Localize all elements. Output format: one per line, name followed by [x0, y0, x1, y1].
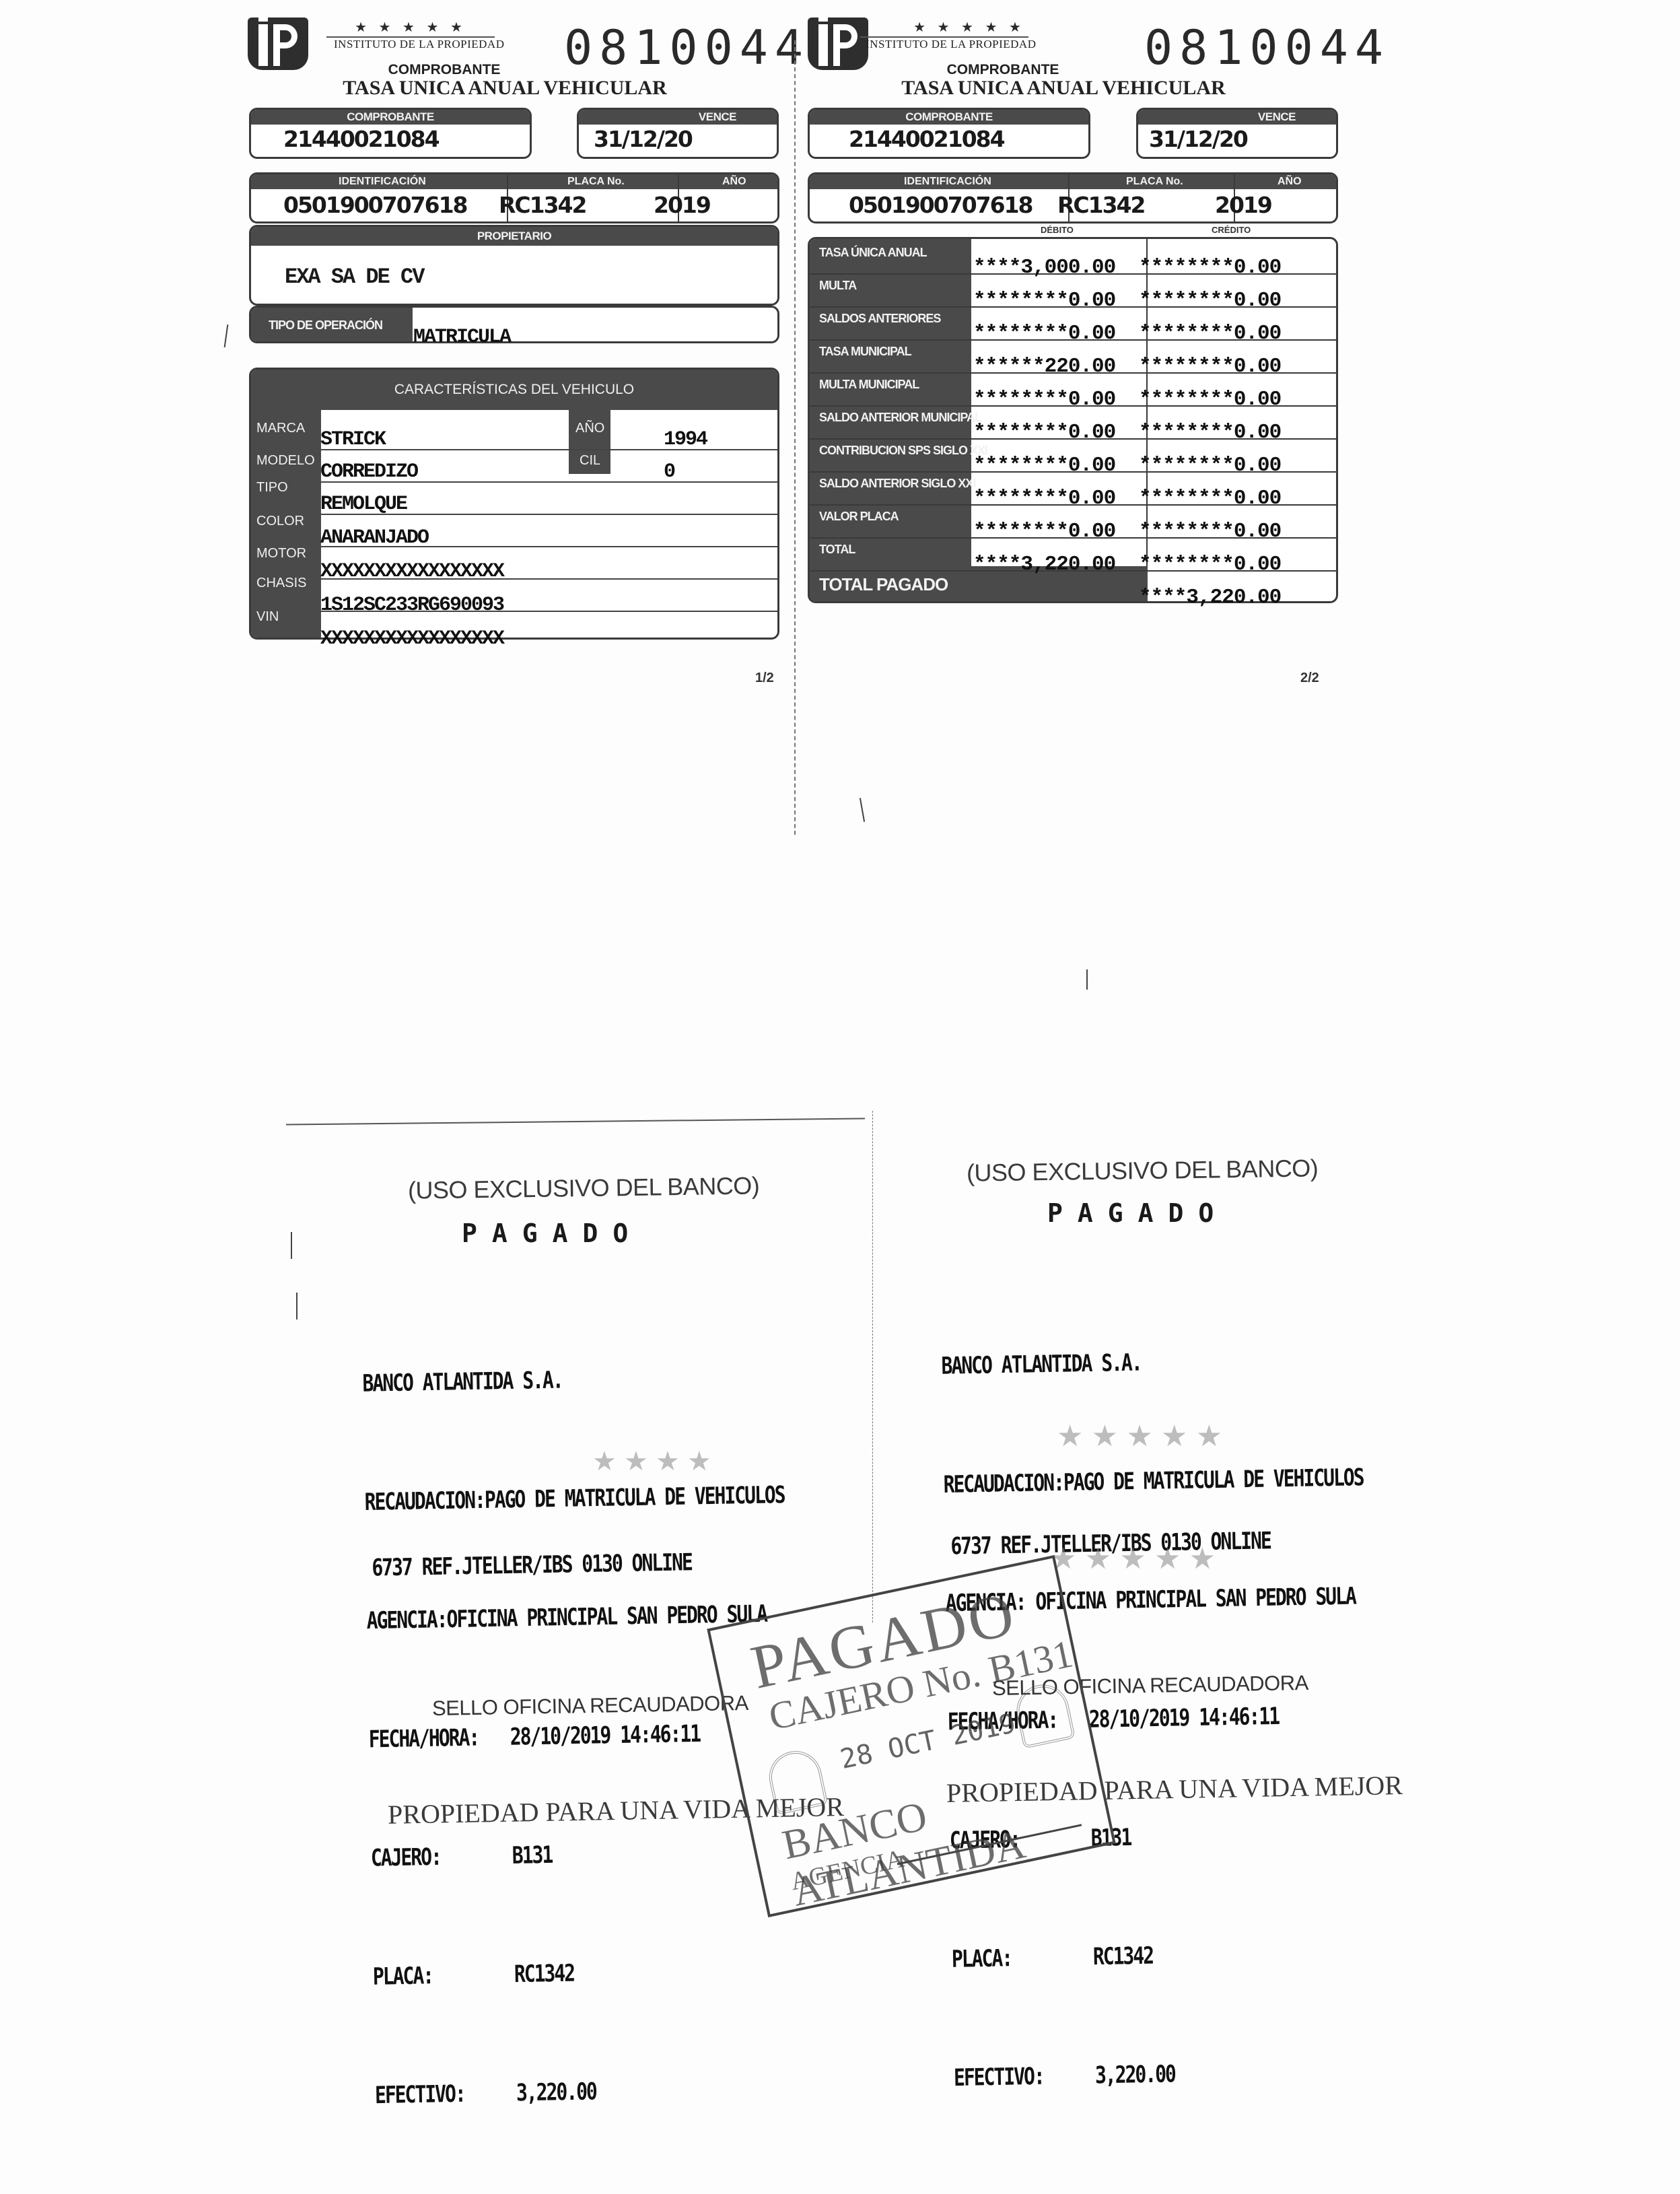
charge-label: MULTA MUNICIPAL [819, 378, 919, 392]
debit-amount: ********0.00 [973, 388, 1115, 411]
debit-amount: ********0.00 [973, 520, 1115, 543]
credit-amount: ********0.00 [1139, 454, 1281, 477]
identificacion-label: IDENTIFICACIÓN [904, 174, 991, 189]
vehicle-marca-value: STRICK [320, 428, 385, 451]
institution-name: INSTITUTO DE LA PROPIEDAD [334, 38, 505, 51]
ip-logo-icon [248, 18, 308, 70]
credito-header: CRÉDITO [1212, 225, 1251, 235]
debit-amount: ********0.00 [973, 322, 1115, 345]
vehicle-label: MODELO [256, 453, 315, 469]
propietario-label: PROPIETARIO [251, 227, 777, 246]
reference-line: 6737 REF.JTELLER/IBS 0130 ONLINE [372, 1548, 692, 1582]
comprobante-value: 21440021084 [849, 126, 1004, 152]
vehicle-modelo-value: CORREDIZO [320, 460, 417, 483]
identificacion-row: IDENTIFICACIÓN PLACA No. AÑO 05019007076… [808, 172, 1338, 224]
identificacion-value: 0501900707618 [849, 192, 1032, 218]
vehicle-color-value: ANARANJADO [320, 526, 428, 549]
identificacion-value: 0501900707618 [283, 192, 467, 218]
placa-label: PLACA: [951, 1937, 1093, 1979]
debit-amount: ****3,000.00 [973, 256, 1115, 279]
charge-label: CONTRIBUCION SPS SIGLO XXI [819, 444, 987, 458]
credit-amount: ********0.00 [1139, 289, 1281, 312]
paid-status: PAGADO [462, 1219, 643, 1248]
credit-amount: ********0.00 [1139, 520, 1281, 543]
scan-mark [296, 1293, 297, 1319]
charge-label: TOTAL [819, 543, 855, 557]
comprobante-field: COMPROBANTE 21440021084 [808, 108, 1090, 159]
propietario-field: PROPIETARIO EXA SA DE CV [249, 225, 779, 306]
vence-field: VENCE 31/12/20 [1136, 108, 1338, 159]
vehicle-label: VIN [256, 609, 279, 625]
anio-label: AÑO [1277, 174, 1302, 189]
placa-label: PLACA No. [567, 174, 625, 189]
tipo-operacion-value: MATRICULA [413, 326, 510, 349]
scan-mark [224, 324, 229, 347]
total-pagado-label: TOTAL PAGADO [819, 574, 948, 595]
charge-label: VALOR PLACA [819, 510, 899, 524]
scan-mark [860, 798, 865, 822]
vence-value: 31/12/20 [1149, 126, 1247, 152]
scan-mark [291, 1232, 292, 1259]
vehicle-tipo-value: REMOLQUE [320, 493, 407, 516]
page-number: 1/2 [755, 671, 774, 686]
bank-name: BANCO ATLANTIDA S.A. [362, 1357, 783, 1404]
charge-label: SALDOS ANTERIORES [819, 312, 940, 326]
bank-name: BANCO ATLANTIDA S.A. [941, 1339, 1362, 1386]
document-title: TASA UNICA ANUAL VEHICULAR [855, 77, 1272, 100]
charge-label: TASA MUNICIPAL [819, 345, 911, 359]
placa-label: PLACA: [372, 1954, 514, 1996]
stars-icon: ★ ★ ★ ★ ★ [882, 19, 1057, 36]
fecha-label: FECHA/HORA: [368, 1717, 510, 1758]
anio-value: 2019 [654, 192, 710, 218]
comprobante-label: COMPROBANTE [251, 110, 530, 125]
divider-line [286, 1118, 865, 1125]
vehicle-label: MOTOR [256, 546, 306, 561]
recaudacion: RECAUDACION:PAGO DE MATRICULA DE VEHICUL… [364, 1475, 785, 1522]
vence-field: VENCE 31/12/20 [577, 108, 779, 159]
placa-value: RC1342 [1057, 192, 1144, 218]
vehicle-label: TIPO [256, 480, 288, 495]
tipo-operacion-field: TIPO DE OPERACIÓN [249, 306, 779, 343]
vehicle-cil-value: 0 [664, 460, 674, 483]
vehicle-vin-value: XXXXXXXXXXXXXXXXX [320, 627, 503, 650]
vence-value: 31/12/20 [594, 126, 692, 152]
vehicle-anio-value: 1994 [664, 428, 707, 451]
vehicle-motor-value: XXXXXXXXXXXXXXXXX [320, 560, 503, 583]
debito-header: DÉBITO [1041, 225, 1074, 235]
total-pagado-value: ****3,220.00 [1139, 586, 1281, 609]
placa-label: PLACA No. [1126, 174, 1183, 189]
placa-value: RC1342 [499, 192, 586, 218]
credit-amount: ********0.00 [1139, 421, 1281, 444]
charge-label: TASA ÚNICA ANUAL [819, 246, 927, 260]
debit-amount: ****3,220.00 [973, 553, 1115, 576]
seal-icon [765, 1746, 829, 1815]
identificacion-label: IDENTIFICACIÓN [339, 174, 426, 189]
vehicle-label: COLOR [256, 514, 304, 529]
seal-icon [1012, 1680, 1076, 1748]
serial-number: 0810044 [1144, 20, 1390, 75]
star-watermark-icon: ★ ★ ★ ★ [592, 1446, 711, 1477]
star-watermark-icon: ★ ★ ★ ★ ★ [1057, 1419, 1222, 1453]
placa-value: RC1342 [1092, 1935, 1153, 1976]
charge-label: MULTA [819, 279, 856, 293]
identificacion-row: IDENTIFICACIÓN PLACA No. AÑO 05019007076… [249, 172, 779, 224]
credit-amount: ********0.00 [1139, 355, 1281, 378]
vehicle-label: MARCA [256, 421, 305, 436]
vehicle-label: CHASIS [256, 576, 306, 591]
page-number: 2/2 [1300, 671, 1319, 686]
vehicle-characteristics-title: CARACTERÍSTICAS DEL VEHICULO [251, 370, 777, 410]
debit-amount: ********0.00 [973, 454, 1115, 477]
vence-label: VENCE [579, 110, 777, 125]
credit-amount: ********0.00 [1139, 487, 1281, 510]
fecha-value: 28/10/2019 14:46:11 [1088, 1696, 1279, 1740]
efectivo-value: 3,220.00 [1094, 2054, 1175, 2095]
efectivo-label: EFECTIVO: [375, 2073, 517, 2115]
propietario-value: EXA SA DE CV [285, 265, 423, 289]
ip-logo-icon [808, 18, 868, 70]
star-watermark-icon: ★ ★ ★ ★ ★ [1050, 1542, 1216, 1576]
scan-mark [1086, 969, 1088, 990]
charge-label: SALDO ANTERIOR MUNICIPAL [819, 411, 981, 425]
stars-icon: ★ ★ ★ ★ ★ [323, 19, 498, 36]
comprobante-value: 21440021084 [283, 126, 439, 152]
bank-exclusive-header: (USO EXCLUSIVO DEL BANCO) [408, 1171, 760, 1204]
bank-exclusive-header: (USO EXCLUSIVO DEL BANCO) [967, 1154, 1319, 1187]
vehicle-cil-label: CIL [580, 453, 600, 469]
anio-label: AÑO [722, 174, 746, 189]
fecha-value: 28/10/2019 14:46:11 [510, 1714, 700, 1757]
cajero-value: B131 [512, 1835, 552, 1876]
cajero-label: CAJERO: [370, 1836, 512, 1878]
credit-amount: ********0.00 [1139, 256, 1281, 279]
credit-amount: ********0.00 [1139, 388, 1281, 411]
credit-amount: ********0.00 [1139, 553, 1281, 576]
debit-amount: ********0.00 [973, 421, 1115, 444]
tipo-operacion-label: TIPO DE OPERACIÓN [269, 318, 382, 333]
placa-value: RC1342 [514, 1953, 574, 1993]
recaudacion: RECAUDACION:PAGO DE MATRICULA DE VEHICUL… [943, 1458, 1364, 1505]
comprobante-field: COMPROBANTE 21440021084 [249, 108, 532, 159]
institution-name: INSTITUTO DE LA PROPIEDAD [866, 38, 1037, 51]
debit-amount: ********0.00 [973, 289, 1115, 312]
document-subtitle: COMPROBANTE [895, 62, 1111, 78]
perforation-divider [872, 1111, 873, 1622]
perforation-divider [794, 40, 796, 835]
paid-status: PAGADO [1047, 1198, 1228, 1228]
efectivo-label: EFECTIVO: [954, 2055, 1096, 2097]
comprobante-label: COMPROBANTE [810, 110, 1088, 125]
charge-label: SALDO ANTERIOR SIGLO XXI [819, 477, 975, 491]
vehicle-chasis-value: 1S12SC233RG690093 [320, 594, 503, 617]
efectivo-value: 3,220.00 [516, 2071, 596, 2113]
debit-amount: ******220.00 [973, 355, 1115, 378]
vence-label: VENCE [1138, 110, 1336, 125]
document-title: TASA UNICA ANUAL VEHICULAR [296, 77, 713, 100]
anio-value: 2019 [1215, 192, 1271, 218]
credit-amount: ********0.00 [1139, 322, 1281, 345]
serial-number: 0810044 [564, 20, 810, 75]
document-subtitle: COMPROBANTE [337, 62, 552, 78]
vehicle-anio-label: AÑO [575, 421, 604, 436]
debit-amount: ********0.00 [973, 487, 1115, 510]
